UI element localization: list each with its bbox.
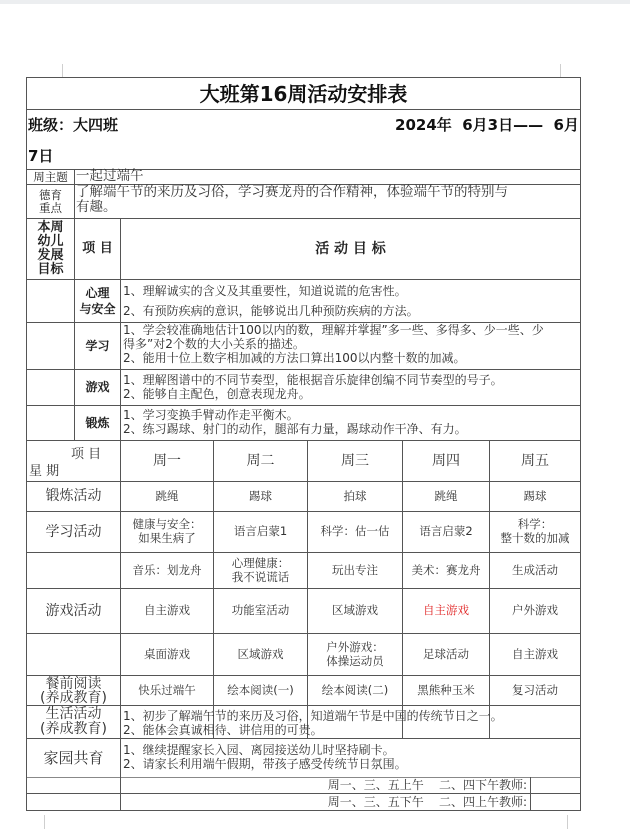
goal-text-learning: 1、学会较准确地估计100以内的数，理解并掌握”多一些、多得多、少一些、少 得多…	[122, 323, 580, 365]
schedule-cell: 语言启蒙2	[403, 512, 489, 552]
schedule-cell: 功能室活动	[214, 589, 307, 633]
goal-text-game: 1、理解图谱中的不同节奏型，能根据音乐旋律创编不同节奏型的号子。 2、能够自主配…	[122, 373, 580, 401]
date-range-continued: 7日	[28, 145, 53, 166]
schedule-cell: 桌面游戏	[121, 634, 213, 675]
theme-label: 周主题	[27, 170, 74, 184]
schedule-cell: 科学： 整十数的加减	[490, 512, 580, 552]
moral-label: 德育 重点	[27, 185, 74, 218]
schedule-cell: 户外游戏	[490, 589, 580, 633]
schedule-cell: 拍球	[308, 482, 402, 511]
page-corner-mark	[52, 64, 63, 78]
goal-item-psychology: 心理 与安全	[75, 280, 120, 322]
goal-item-learning: 学习	[75, 323, 120, 369]
schedule-cell: 踢球	[214, 482, 307, 511]
goals-item-header: 项 目	[75, 219, 120, 279]
schedule-cell: 玩出专注	[308, 553, 402, 588]
day-header-tue: 周二	[214, 441, 307, 481]
schedule-cell: 健康与安全： 如果生病了	[121, 512, 213, 552]
schedule-cell: 足球活动	[403, 634, 489, 675]
goal-text-exercise: 1、学习变换手臂动作走平衡木。 2、练习踢球、射门的动作，腿部有力量，踢球动作干…	[122, 408, 580, 436]
schedule-cell-highlighted: 自主游戏	[403, 589, 489, 633]
schedule-cell: 生成活动	[490, 553, 580, 588]
theme-value: 一起过端午	[76, 169, 576, 184]
schedule-cell: 快乐过端午	[121, 676, 213, 705]
goal-item-exercise: 锻炼	[75, 406, 120, 440]
goals-target-header: 活 动 目 标	[121, 219, 580, 279]
goals-section-label: 本周 幼儿 发展 目标	[27, 219, 74, 279]
row-label-learning: 学习活动	[27, 512, 120, 552]
day-header-mon: 周一	[121, 441, 213, 481]
schedule-cell: 跳绳	[121, 482, 213, 511]
schedule-cell: 户外游戏： 体操运动员	[308, 634, 402, 675]
day-header-wed: 周三	[308, 441, 402, 481]
day-header-fri: 周五	[490, 441, 580, 481]
teacher-row-1-label: 周一、三、五上午 二、四下午教师:	[121, 778, 529, 793]
teacher-name-field-2[interactable]	[531, 794, 580, 810]
row-label-game: 游戏活动	[27, 589, 120, 633]
schedule-cell: 美术：赛龙舟	[403, 553, 489, 588]
schedule-cell: 绘本阅读(二)	[308, 676, 402, 705]
goal-text-psychology: 1、理解诚实的含义及其重要性，知道说谎的危害性。 2、有预防疾病的意识，能够说出…	[122, 284, 580, 318]
goal-item-game: 游戏	[75, 370, 120, 405]
schedule-cell: 黑熊种玉米	[403, 676, 489, 705]
row-label-empty	[27, 634, 120, 675]
schedule-cell: 区域游戏	[214, 634, 307, 675]
class-label: 班级：大四班	[28, 114, 118, 135]
life-text: 1、初步了解端午节的来历及习俗，知道端午节是中国的传统节日之一。 2、能体会真诚…	[122, 709, 580, 737]
schedule-corner-header: 项 目 星 期	[27, 441, 120, 481]
schedule-cell: 语言启蒙1	[214, 512, 307, 552]
schedule-cell: 自主游戏	[121, 589, 213, 633]
schedule-cell: 区域游戏	[308, 589, 402, 633]
row-label-reading: 餐前阅读 (养成教育)	[27, 676, 120, 705]
home-text: 1、继续提醒家长入园、离园接送幼儿时坚持刷卡。 2、请家长利用端午假期，带孩子感…	[122, 743, 580, 771]
row-label-empty	[27, 553, 120, 588]
teacher-row-2-label: 周一、三、五下午 二、四上午教师:	[121, 794, 529, 810]
schedule-cell: 踢球	[490, 482, 580, 511]
schedule-cell: 科学：估一估	[308, 512, 402, 552]
day-header-thu: 周四	[403, 441, 489, 481]
viewer-top-bar	[0, 0, 630, 4]
document-title: 大班第16周活动安排表	[26, 77, 581, 109]
schedule-cell: 自主游戏	[490, 634, 580, 675]
schedule-cell: 复习活动	[490, 676, 580, 705]
schedule-cell: 跳绳	[403, 482, 489, 511]
schedule-cell: 音乐：划龙舟	[121, 553, 213, 588]
row-label-exercise: 锻炼活动	[27, 482, 120, 511]
home-label: 家园共育	[27, 739, 120, 777]
life-label: 生活活动 (养成教育)	[27, 706, 120, 738]
schedule-cell: 绘本阅读(一)	[214, 676, 307, 705]
page-corner-mark	[560, 64, 571, 78]
date-range: 2024年 6月3日—— 6月	[395, 114, 579, 135]
page-corner-mark	[34, 815, 45, 829]
page-corner-mark	[567, 815, 578, 829]
teacher-name-field-1[interactable]	[531, 778, 580, 793]
moral-value: 了解端午节的来历及习俗，学习赛龙舟的合作精神，体验端午节的特别与 有趣。	[76, 185, 580, 218]
schedule-cell: 心理健康： 我不说谎话	[214, 553, 307, 588]
